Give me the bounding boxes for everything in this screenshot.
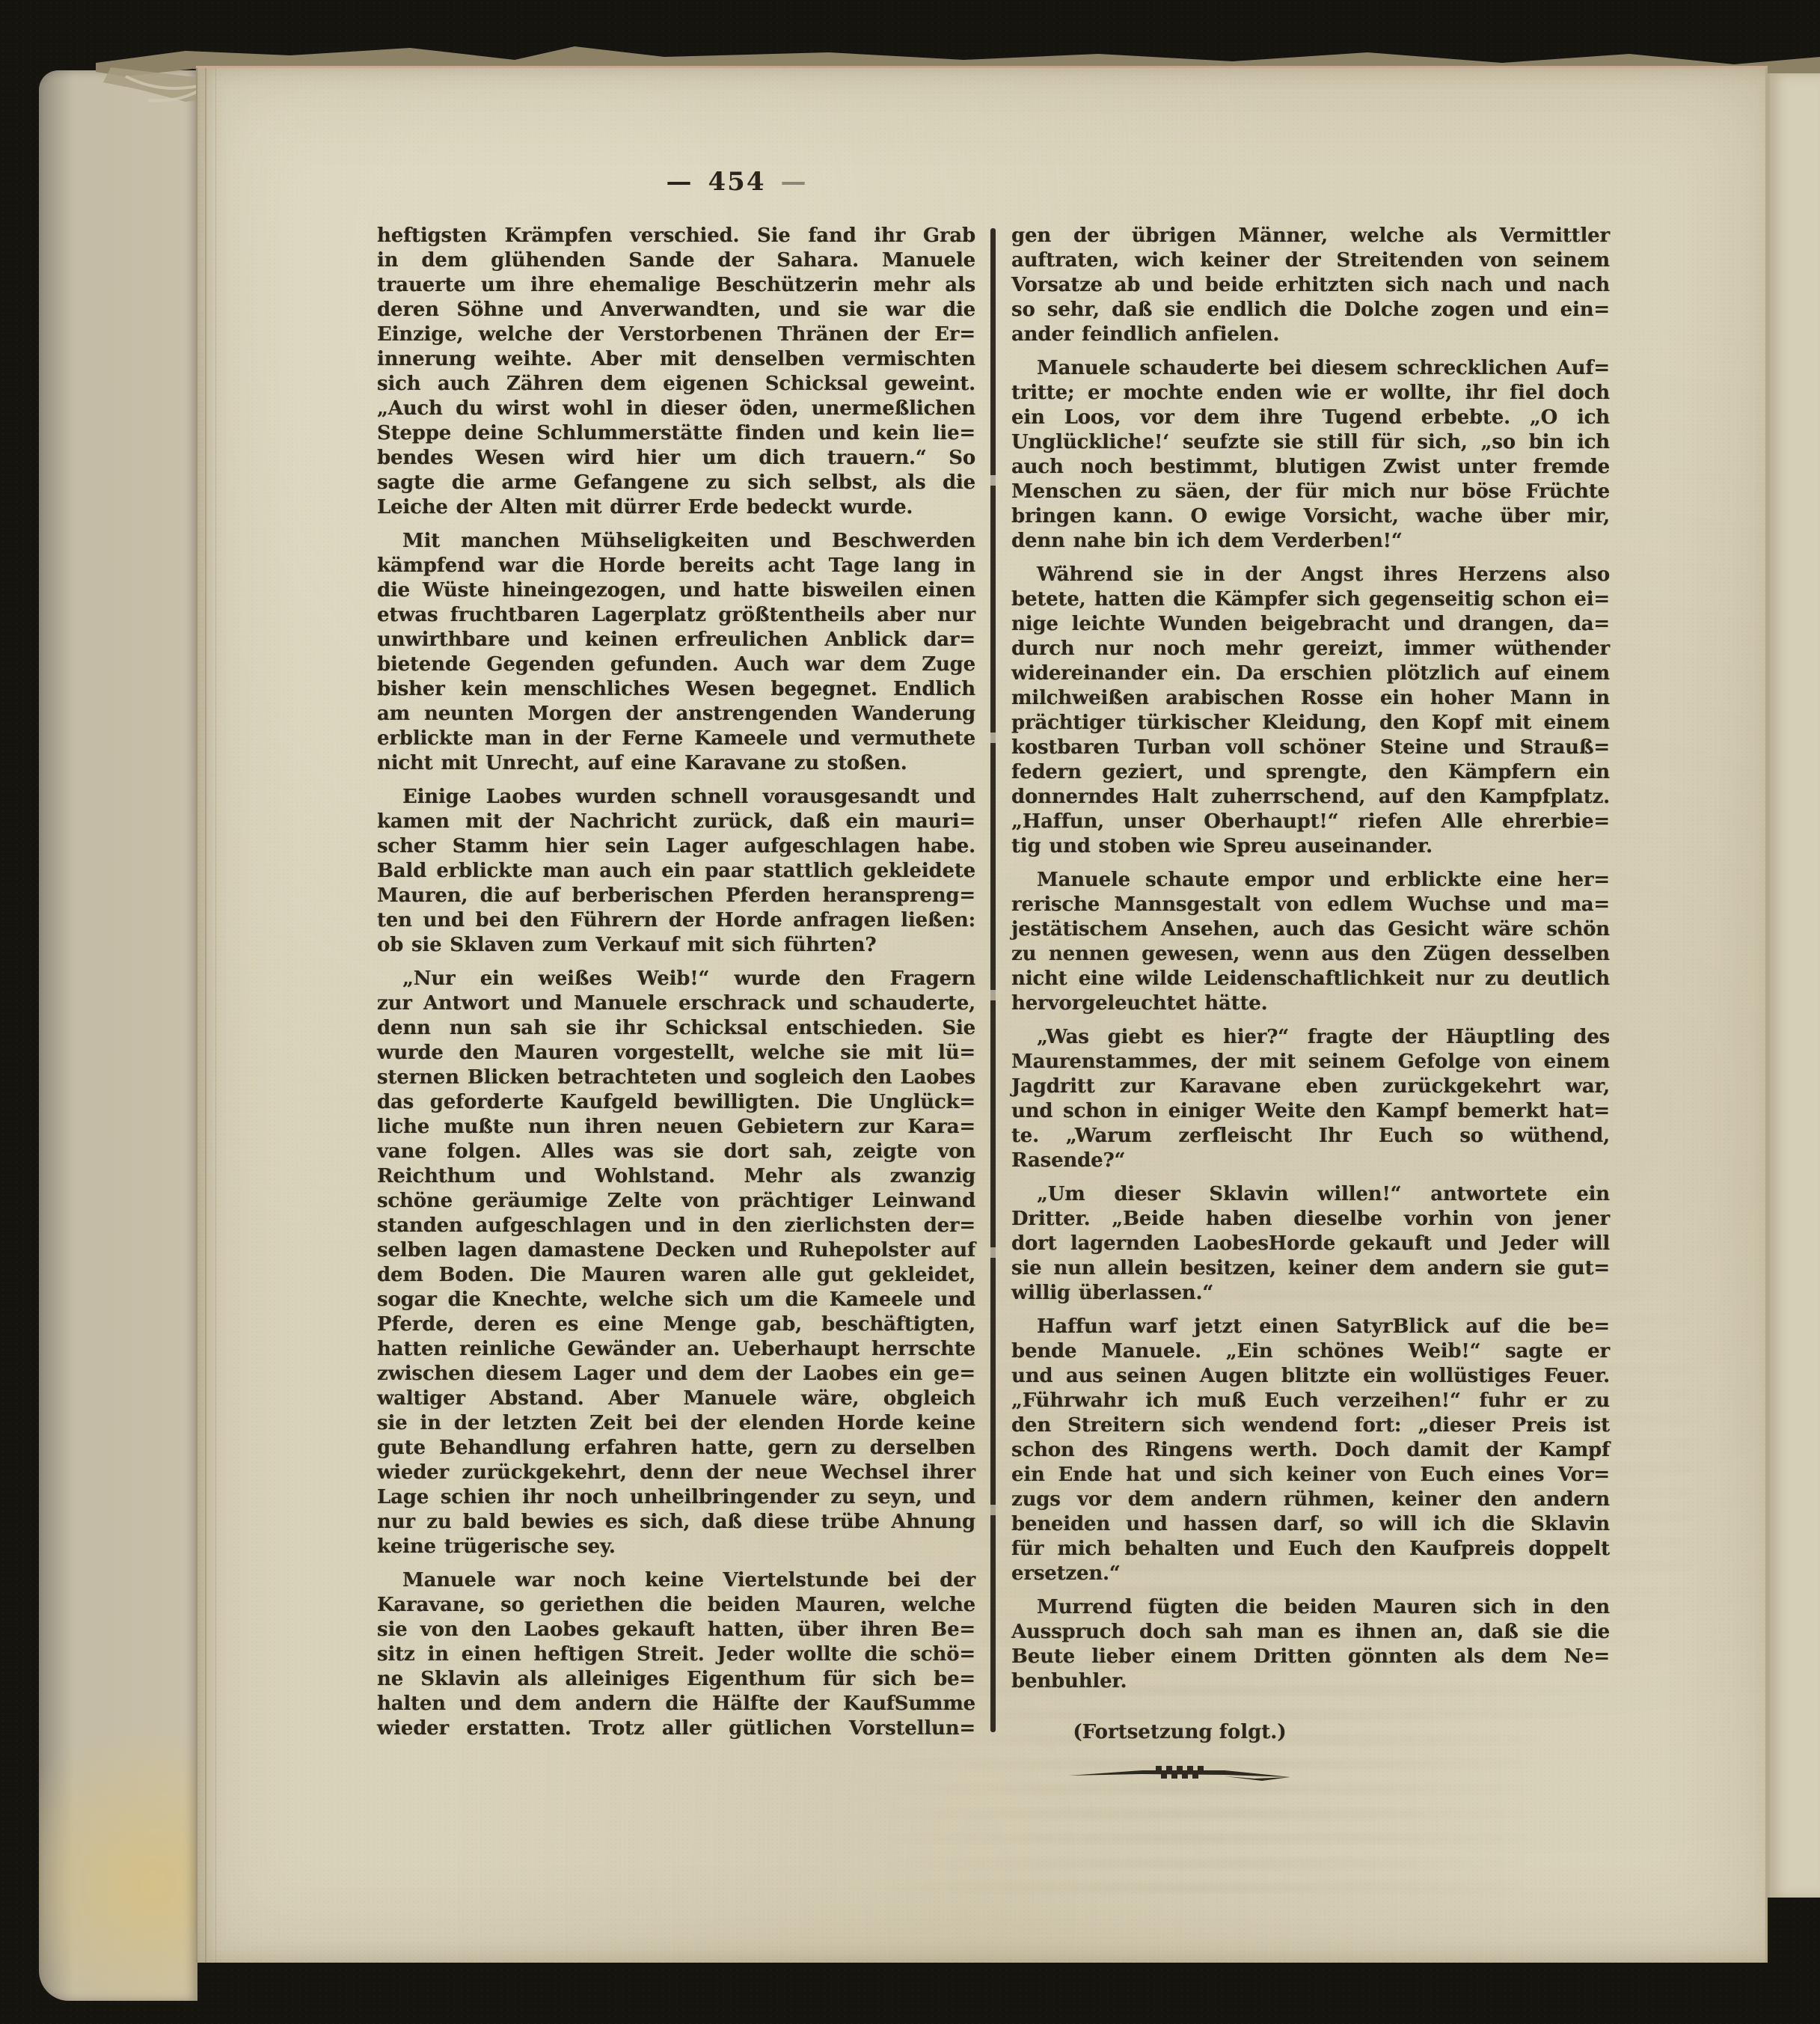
text-line: in dem glühenden Sande der Sahara. Manue… — [377, 248, 975, 273]
text-line: auftraten, wich keiner der Streitenden v… — [1011, 248, 1610, 273]
paragraph: Einige Laobes wurden schnell vorausgesan… — [377, 785, 975, 958]
text-line: Einige Laobes wurden schnell vorausgesan… — [377, 785, 975, 810]
scanned-book-page: —454— heftigsten Krämpfen verschied. Sie… — [0, 0, 1820, 2024]
text-line: Vorsatze ab und beide erhitzten sich nac… — [1011, 273, 1610, 298]
text-line: Murrend fügten die beiden Mauren sich in… — [1011, 1595, 1610, 1620]
text-line: ne Sklavin als alleiniges Eigenthum für … — [377, 1667, 975, 1692]
text-line: heftigsten Krämpfen verschied. Sie fand … — [377, 224, 975, 248]
text-line: ander feindlich anfielen. — [1011, 322, 1610, 347]
text-line: die Wüste hineingezogen, und hatte biswe… — [377, 578, 975, 603]
text-line: durch nur noch mehr gereizt, immer wüthe… — [1011, 637, 1610, 661]
book-fore-edge-stack — [39, 70, 197, 2001]
text-line: „Nur ein weißes Weib!“ wurde den Fragern — [377, 967, 975, 991]
text-line: tig und stoben wie Spreu auseinander. — [1011, 834, 1610, 859]
text-line: für mich behalten und Euch den Kaufpreis… — [1011, 1537, 1610, 1562]
text-line: gen der übrigen Männer, welche als Vermi… — [1011, 224, 1610, 248]
paragraph: Haffun warf jetzt einen SatyrBlick auf d… — [1011, 1315, 1610, 1586]
text-line: nicht mit Unrecht, auf eine Karavane zu … — [377, 751, 975, 776]
text-line: nige leichte Wunden beigebracht und dran… — [1011, 612, 1610, 637]
header-dash-right: — — [765, 167, 822, 197]
column-footer: (Fortsetzung folgt.) — [880, 1720, 1479, 1784]
text-line: zu nennen gewesen, wenn aus den Zügen de… — [1011, 942, 1610, 967]
text-line: kostbaren Turban voll schöner Steine und… — [1011, 736, 1610, 760]
adjacent-page-sliver — [1768, 73, 1820, 1898]
paragraph: Mit manchen Mühseligkeiten und Beschwerd… — [377, 529, 975, 776]
text-line: nur zu bald bewies es sich, daß diese tr… — [377, 1510, 975, 1535]
text-line: Mit manchen Mühseligkeiten und Beschwerd… — [377, 529, 975, 554]
text-line: Leiche der Alten mit dürrer Erde bedeckt… — [377, 495, 975, 520]
text-line: Manuele war noch keine Viertelstunde bei… — [377, 1568, 975, 1593]
book-page: —454— heftigsten Krämpfen verschied. Sie… — [196, 66, 1768, 1963]
text-line: prächtiger türkischer Kleidung, den Kopf… — [1011, 711, 1610, 736]
text-line: innerung weihte. Aber mit denselben verm… — [377, 347, 975, 372]
text-line: halten und dem andern die Hälfte der Kau… — [377, 1692, 975, 1716]
text-line: sie in der letzten Zeit bei der elenden … — [377, 1411, 975, 1436]
text-line: Manuele schaute empor und erblickte eine… — [1011, 868, 1610, 893]
text-line: willig überlassen.“ — [1011, 1281, 1610, 1306]
text-line: den Streitern sich wendend fort: „dieser… — [1011, 1413, 1610, 1438]
text-line: „Haffun, unser Oberhaupt!“ riefen Alle e… — [1011, 810, 1610, 834]
text-line: Beute lieber einem Dritten gönnten als d… — [1011, 1645, 1610, 1669]
paragraph: „Was giebt es hier?“ fragte der Häuptlin… — [1011, 1025, 1610, 1173]
text-line: vane folgen. Alles was sie dort sah, zei… — [377, 1140, 975, 1164]
text-line: „Führwahr ich muß Euch verzeihen!“ fuhr … — [1011, 1389, 1610, 1413]
text-line: milchweißen arabischen Rosse ein hoher M… — [1011, 686, 1610, 711]
text-line: ob sie Sklaven zum Verkauf mit sich führ… — [377, 933, 975, 958]
text-line: wieder zurückgekehrt, denn der neue Wech… — [377, 1461, 975, 1485]
text-column-left: heftigsten Krämpfen verschied. Sie fand … — [377, 224, 975, 1741]
text-line: waltiger Abstand. Aber Manuele wäre, obg… — [377, 1386, 975, 1411]
text-line: Lage schien ihr noch unheilbringender zu… — [377, 1485, 975, 1510]
page-header: —454— — [512, 167, 961, 197]
text-line: zur Antwort und Manuele erschrack und sc… — [377, 991, 975, 1016]
text-line: dort lagernden LaobesHorde gekauft und J… — [1011, 1232, 1610, 1256]
paragraph: heftigsten Krämpfen verschied. Sie fand … — [377, 224, 975, 520]
text-line: unwirthbare und keinen erfreulichen Anbl… — [377, 628, 975, 652]
text-line: sogar die Knechte, welche sich um die Ka… — [377, 1288, 975, 1312]
text-line: sie nun allein besitzen, keiner dem ande… — [1011, 1256, 1610, 1281]
text-line: Pferde, deren es eine Menge gab, beschäf… — [377, 1312, 975, 1337]
text-line: dem Boden. Die Mauren waren alle gut gek… — [377, 1263, 975, 1288]
text-line: zugs vor dem andern rühmen, keiner den a… — [1011, 1488, 1610, 1512]
text-line: liche mußte nun ihren neuen Gebietern zu… — [377, 1115, 975, 1140]
text-line: „Was giebt es hier?“ fragte der Häuptlin… — [1011, 1025, 1610, 1050]
text-line: standen aufgeschlagen und in den zierlic… — [377, 1214, 975, 1238]
text-line: Während sie in der Angst ihres Herzens a… — [1011, 563, 1610, 587]
text-line: Unglückliche!‘ seufzte sie still für sic… — [1011, 430, 1610, 455]
text-line: ten und bei den Führern der Horde anfrag… — [377, 908, 975, 933]
text-line: Karavane, so geriethen die beiden Mauren… — [377, 1593, 975, 1618]
text-line: Mauren, die auf berberischen Pferden her… — [377, 884, 975, 908]
text-line: Steppe deine Schlummerstätte finden und … — [377, 421, 975, 446]
text-line: bringen kann. O ewige Vorsicht, wache üb… — [1011, 504, 1610, 529]
text-line: schöne geräumige Zelte von prächtiger Le… — [377, 1189, 975, 1214]
text-line: bende Manuele. „Ein schönes Weib!“ sagte… — [1011, 1339, 1610, 1364]
text-line: rerische Mannsgestalt von edlem Wuchse u… — [1011, 893, 1610, 917]
text-line: sie von den Laobes gekauft hatten, über … — [377, 1618, 975, 1642]
paragraph: Manuele schauderte bei diesem schrecklic… — [1011, 356, 1610, 554]
text-line: sich auch Zähren dem eigenen Schicksal g… — [377, 372, 975, 397]
text-line: nicht eine wilde Leidenschaftlichkeit nu… — [1011, 967, 1610, 991]
text-line: bietende Gegenden gefunden. Auch war dem… — [377, 652, 975, 677]
text-line: sternen Blicken betrachteten und sogleic… — [377, 1065, 975, 1090]
text-line: kamen mit der Nachricht zurück, daß ein … — [377, 810, 975, 834]
text-line: ersetzen.“ — [1011, 1562, 1610, 1586]
page-number: 454 — [708, 167, 766, 197]
text-line: das geforderte Kaufgeld bewilligten. Die… — [377, 1090, 975, 1115]
text-line: Jagdritt zur Karavane eben zurückgekehrt… — [1011, 1074, 1610, 1099]
text-line: deren Söhne und Anverwandten, und sie wa… — [377, 298, 975, 322]
text-line: bisher kein menschliches Wesen begegnet.… — [377, 677, 975, 702]
paragraph: „Um dieser Sklavin willen!“ antwortete e… — [1011, 1182, 1610, 1306]
text-line: „Auch du wirst wohl in dieser öden, uner… — [377, 397, 975, 421]
text-line: selben lagen damastene Decken und Ruhepo… — [377, 1238, 975, 1263]
text-line: Maurenstammes, der mit seinem Gefolge vo… — [1011, 1050, 1610, 1074]
paragraph: Während sie in der Angst ihres Herzens a… — [1011, 563, 1610, 859]
text-line: so sehr, daß sie endlich die Dolche zoge… — [1011, 298, 1610, 322]
text-line: Manuele schauderte bei diesem schrecklic… — [1011, 356, 1610, 381]
text-line: benbuhler. — [1011, 1669, 1610, 1694]
text-line: Haffun warf jetzt einen SatyrBlick auf d… — [1011, 1315, 1610, 1339]
text-line: te. „Warum zerfleischt Ihr Euch so wüthe… — [1011, 1124, 1610, 1149]
text-line: scher Stamm hier sein Lager aufgeschlage… — [377, 834, 975, 859]
text-line: am neunten Morgen der anstrengenden Wand… — [377, 702, 975, 727]
paragraph: Manuele schaute empor und erblickte eine… — [1011, 868, 1610, 1016]
text-line: widereinander ein. Da erschien plötzlich… — [1011, 661, 1610, 686]
text-line: und schon in einiger Weite den Kampf bem… — [1011, 1099, 1610, 1124]
text-line: zwischen diesem Lager und dem der Laobes… — [377, 1362, 975, 1386]
text-line: betete, hatten die Kämpfer sich gegensei… — [1011, 587, 1610, 612]
text-line: Bald erblickte man auch ein paar stattli… — [377, 859, 975, 884]
text-line: beneiden und hassen darf, so will ich di… — [1011, 1512, 1610, 1537]
paragraph: gen der übrigen Männer, welche als Vermi… — [1011, 224, 1610, 347]
page-edge-lines — [196, 68, 221, 1963]
text-line: donnerndes Halt zuherrschend, auf den Ka… — [1011, 785, 1610, 810]
text-line: Reichthum und Wohlstand. Mehr als zwanzi… — [377, 1164, 975, 1189]
text-line: jestätischem Ansehen, auch das Gesicht w… — [1011, 917, 1610, 942]
text-line: gute Behandlung erfahren hatte, gern zu … — [377, 1436, 975, 1461]
text-line: tritte; er mochte enden wie er wollte, i… — [1011, 381, 1610, 406]
text-line: wurde den Mauren vorgestellt, welche sie… — [377, 1041, 975, 1065]
text-line: erblickte man in der Ferne Kameele und v… — [377, 727, 975, 751]
paragraph: Manuele war noch keine Viertelstunde bei… — [377, 1568, 975, 1741]
header-dash-left: — — [652, 167, 708, 197]
text-line: kämpfend war die Horde bereits acht Tage… — [377, 554, 975, 578]
text-line: Menschen zu säen, der für mich nur böse … — [1011, 480, 1610, 504]
text-line: denn nun sah sie ihr Schicksal entschied… — [377, 1016, 975, 1041]
text-line: und aus seinen Augen blitzte ein wollüst… — [1011, 1364, 1610, 1389]
text-line: sagte die arme Gefangene zu sich selbst,… — [377, 471, 975, 495]
text-line: keine trügerische sey. — [377, 1535, 975, 1559]
text-line: auch noch bestimmt, blutigen Zwist unter… — [1011, 455, 1610, 480]
text-line: Dritter. „Beide haben dieselbe vorhin vo… — [1011, 1207, 1610, 1232]
text-line: schon des Ringens werth. Doch damit der … — [1011, 1438, 1610, 1463]
text-line: Einzige, welche der Verstorbenen Thränen… — [377, 322, 975, 347]
paragraph: Murrend fügten die beiden Mauren sich in… — [1011, 1595, 1610, 1694]
text-column-right: gen der übrigen Männer, welche als Vermi… — [1011, 224, 1610, 1694]
text-line: etwas fruchtbaren Lagerplatz größtenthei… — [377, 603, 975, 628]
text-line: bendes Wesen wird hier um dich trauern.“… — [377, 446, 975, 471]
continuation-notice: (Fortsetzung folgt.) — [880, 1720, 1479, 1745]
paragraph: „Nur ein weißes Weib!“ wurde den Fragern… — [377, 967, 975, 1559]
text-line: hatten reinliche Gewänder an. Ueberhaupt… — [377, 1337, 975, 1362]
text-line: Ausspruch doch sah man es ihnen an, daß … — [1011, 1620, 1610, 1645]
text-line: ein Loos, vor dem ihre Tugend erbebte. „… — [1011, 406, 1610, 430]
text-line: „Um dieser Sklavin willen!“ antwortete e… — [1011, 1182, 1610, 1207]
text-line: trauerte um ihre ehemalige Beschützerin … — [377, 273, 975, 298]
text-line: Rasende?“ — [1011, 1149, 1610, 1173]
text-line: denn nahe bin ich dem Verderben!“ — [1011, 529, 1610, 554]
text-line: ein Ende hat und sich keiner von Euch ei… — [1011, 1463, 1610, 1488]
text-line: federn geziert, und sprengte, den Kämpfe… — [1011, 760, 1610, 785]
text-line: hervorgeleuchtet hätte. — [1011, 991, 1610, 1016]
section-divider-ornament — [1067, 1764, 1292, 1784]
column-divider-rule — [990, 228, 996, 1732]
text-line: sitz in einen heftigen Streit. Jeder wol… — [377, 1642, 975, 1667]
